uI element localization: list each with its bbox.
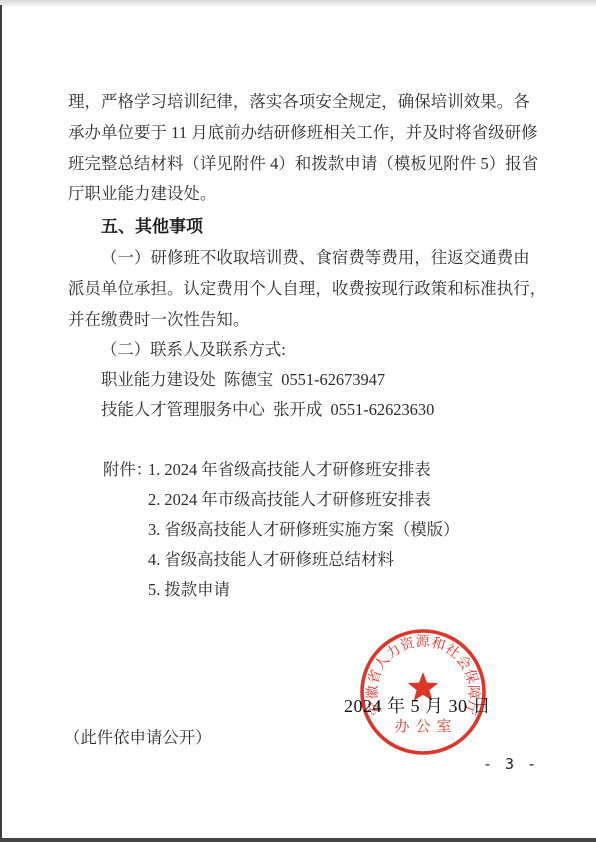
page-left-edge-line: [0, 5, 2, 842]
page-bottom-edge-line: [0, 838, 596, 842]
document-date: 2024 年 5 月 30 日: [344, 696, 491, 717]
paragraph-training-wrapup: 理，严格学习培训纪律，落实各项安全规定，确保培训效果。各 承办单位要于 11 月…: [68, 87, 530, 210]
attachment-item: 4. 省级高技能人才研修班总结材料: [148, 545, 528, 575]
attachment-item: 3. 省级高技能人才研修班实施方案（模版）: [148, 515, 528, 545]
paragraph-line: 厅职业能力建设处。: [68, 179, 530, 210]
page-top-shadow: [0, 0, 596, 8]
attachment-item: 2. 2024 年市级高技能人才研修班安排表: [148, 485, 528, 515]
paragraph-line: 派员单位承担。认定费用个人自理，收费按现行政策和标准执行，: [68, 274, 530, 305]
paragraph-line: 理，严格学习培训纪律，落实各项安全规定，确保培训效果。各: [68, 87, 530, 118]
contact-line: 技能人才管理服务中心 张开成 0551-62623630: [68, 395, 530, 425]
seal-office-text: 办公室: [394, 718, 457, 735]
paragraph-contacts: （二）联系人及联系方式: 职业能力建设处 陈德宝 0551-62673947 技…: [68, 335, 530, 425]
paragraph-line: 班完整总结材料（详见附件 4）和拨款申请（模板见附件 5）报省: [68, 149, 530, 180]
disclosure-note: （此件依申请公开）: [64, 727, 212, 749]
contacts-heading-line: （二）联系人及联系方式:: [68, 335, 530, 365]
paragraph-line: （一）研修班不收取培训费、食宿费等费用，往返交通费由: [68, 243, 530, 274]
attachment-item: 5. 拨款申请: [148, 575, 528, 605]
attachments-label: 附件：: [103, 455, 152, 485]
section-heading-other-matters: 五、其他事项: [68, 211, 530, 242]
document-page: 理，严格学习培训纪律，落实各项安全规定，确保培训效果。各 承办单位要于 11 月…: [0, 0, 596, 842]
contact-line: 职业能力建设处 陈德宝 0551-62673947: [68, 365, 530, 395]
page-number: - 3 -: [483, 755, 538, 773]
attachment-item: 1. 2024 年省级高技能人才研修班安排表: [148, 455, 528, 485]
paragraph-line: 并在缴费时一次性告知。: [68, 305, 530, 336]
attachments-list: 1. 2024 年省级高技能人才研修班安排表 2. 2024 年市级高技能人才研…: [148, 455, 528, 605]
paragraph-line: 承办单位要于 11 月底前办结研修班相关工作，并及时将省级研修: [68, 118, 530, 149]
official-seal: 安徽省人力资源和社会保障厅 办公室: [357, 626, 489, 758]
paragraph-fees: （一）研修班不收取培训费、食宿费等费用，往返交通费由 派员单位承担。认定费用个人…: [68, 243, 530, 335]
